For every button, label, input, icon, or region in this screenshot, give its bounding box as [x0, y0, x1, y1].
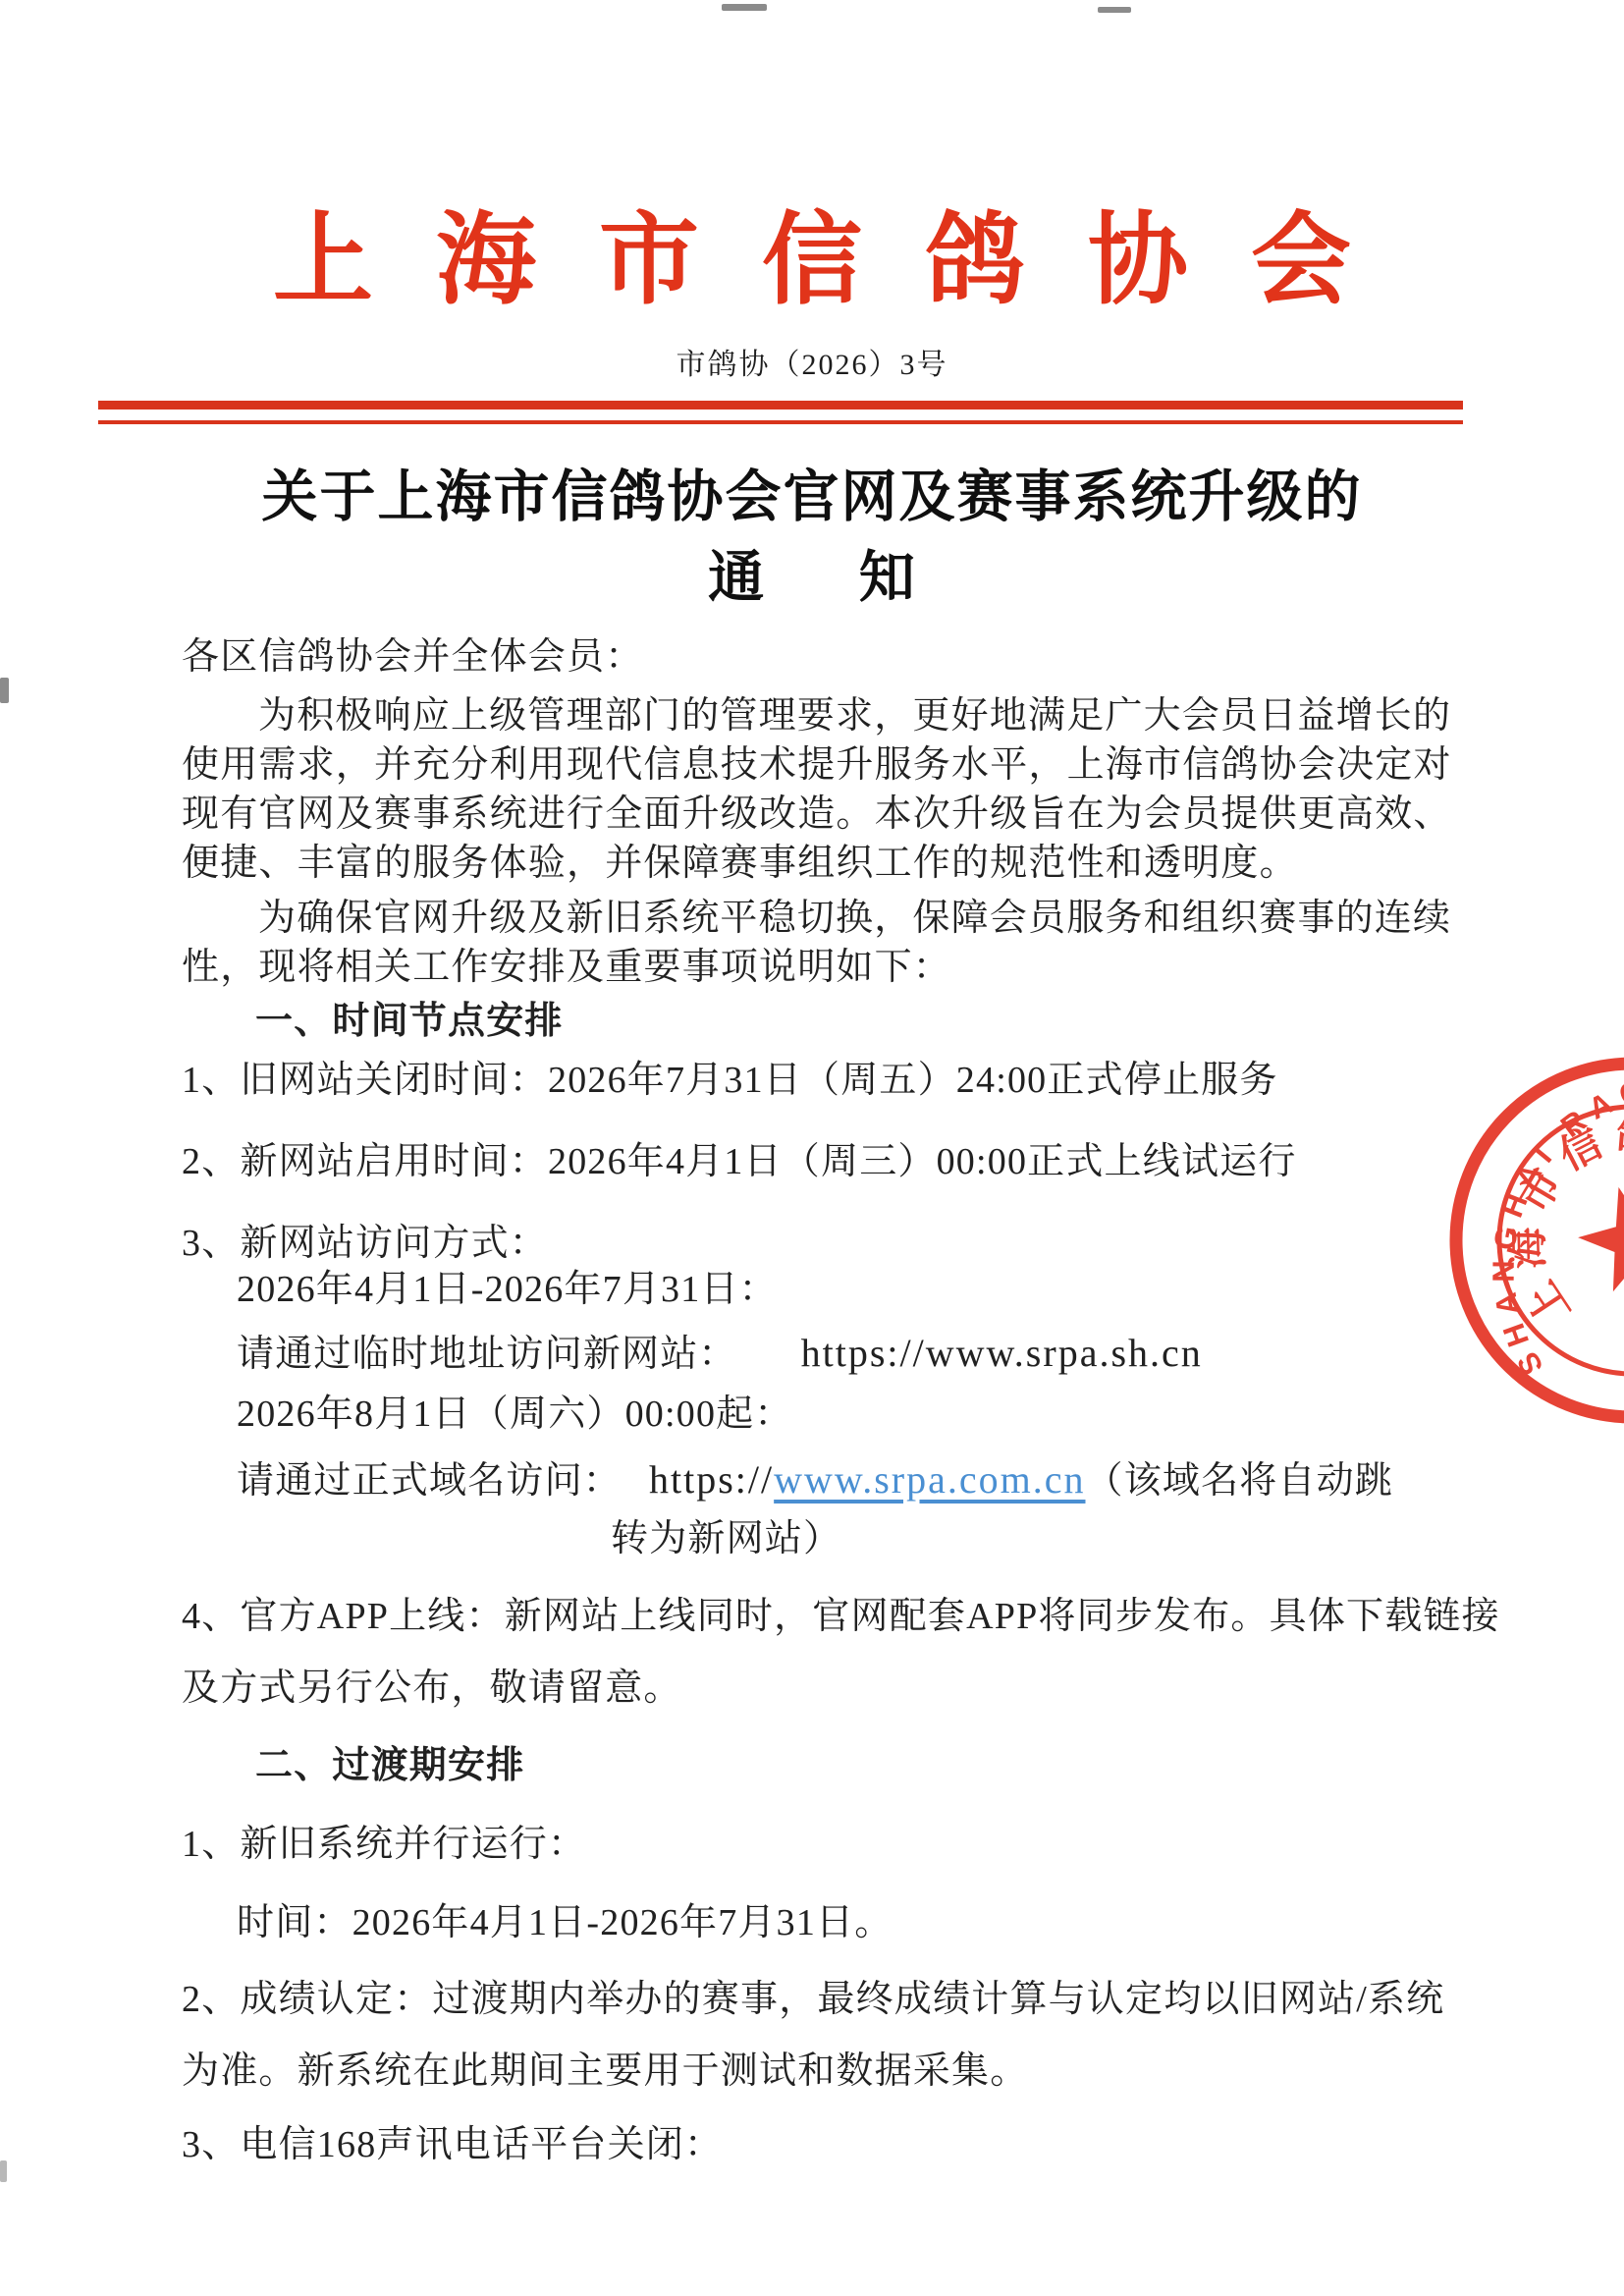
divider-thick [98, 401, 1463, 410]
timeline-item-2: 2、新网站启用时间：2026年4月1日（周三）00:00正式上线试运行 [182, 1138, 1297, 1186]
stamp-text-en: SHANGHAI RACING PIGEON [1422, 1029, 1624, 1381]
para1-line3: 现有官网及赛事系统进行全面升级改造。本次升级旨在为会员提供更高效、 [182, 791, 1452, 839]
scan-artifact [0, 2160, 7, 2182]
temp-url: https://www.srpa.sh.cn [801, 1331, 1203, 1375]
parallel-run-time: 时间：2026年4月1日-2026年7月31日。 [237, 1899, 893, 1947]
divider-thin [98, 420, 1463, 424]
org-title: 上海市信鸽协会 [0, 204, 1624, 319]
stamp-text-cn: 上海市信鸽协会 [1505, 1112, 1624, 1333]
salutation: 各区信鸽协会并全体会员： [182, 633, 643, 682]
access-period-1: 2026年4月1日-2026年7月31日： [237, 1266, 778, 1314]
scan-artifact [1098, 7, 1131, 13]
scan-artifact [722, 4, 767, 11]
para1-line4: 便捷、丰富的服务体验，并保障赛事组织工作的规范性和透明度。 [182, 840, 1298, 888]
parallel-run-item: 1、新旧系统并行运行： [182, 1821, 586, 1869]
section1-heading: 一、时间节点安排 [255, 998, 564, 1046]
formal-url-prefix: https:// [649, 1457, 774, 1502]
telecom-item: 3、电信168声讯电话平台关闭： [182, 2121, 723, 2169]
temp-access-label: 请通过临时地址访问新网站： [237, 1334, 737, 1375]
para2-line2: 性，现将相关工作安排及重要事项说明如下： [182, 944, 951, 992]
app-item-line1: 4、官方APP上线：新网站上线同时，官网配套APP将同步发布。具体下载链接 [182, 1593, 1500, 1641]
para2-line1: 为确保官网升级及新旧系统平稳切换，保障会员服务和组织赛事的连续 [258, 895, 1451, 943]
access-period-2: 2026年8月1日（周六）00:00起： [237, 1391, 793, 1439]
section2-heading: 二、过渡期安排 [255, 1742, 524, 1790]
score-item-line1: 2、成绩认定：过渡期内举办的赛事，最终成绩计算与认定均以旧网站/系统 [182, 1976, 1444, 2024]
formal-access-label: 请通过正式域名访问： [237, 1460, 622, 1502]
scan-artifact [0, 678, 9, 703]
notice-document-page: 上海市信鸽协会 市鸽协（2026）3号 关于上海市信鸽协会官网及赛事系统升级的 … [0, 0, 1624, 2296]
para1-line2: 使用需求，并充分利用现代信息技术提升服务水平，上海市信鸽协会决定对 [182, 741, 1452, 790]
official-stamp: SHANGHAI RACING PIGEON 上海市信鸽协会 [1422, 1029, 1624, 1451]
formal-url-link[interactable]: www.srpa.com.cn [774, 1457, 1085, 1502]
formal-access-line: 请通过正式域名访问：https://www.srpa.com.cn（该域名将自动… [237, 1454, 1393, 1505]
notice-title-line2: 通 知 [0, 542, 1624, 615]
formal-url-suffix: （该域名将自动跳 [1085, 1460, 1393, 1502]
score-item-line2: 为准。新系统在此期间主要用于测试和数据采集。 [182, 2048, 1028, 2096]
timeline-item-1: 1、旧网站关闭时间：2026年7月31日（周五）24:00正式停止服务 [182, 1057, 1278, 1105]
timeline-item-3: 3、新网站访问方式： [182, 1220, 548, 1268]
formal-access-continuation: 转为新网站） [611, 1515, 841, 1563]
temp-access-line: 请通过临时地址访问新网站：https://www.srpa.sh.cn [237, 1328, 1203, 1379]
app-item-line2: 及方式另行公布，敬请留意。 [182, 1665, 682, 1713]
doc-number: 市鸽协（2026）3号 [0, 346, 1624, 384]
notice-title-line1: 关于上海市信鸽协会官网及赛事系统升级的 [0, 462, 1624, 534]
para1-line1: 为积极响应上级管理部门的管理要求，更好地满足广大会员日益增长的 [258, 692, 1451, 740]
stamp-star-icon [1578, 1187, 1624, 1291]
